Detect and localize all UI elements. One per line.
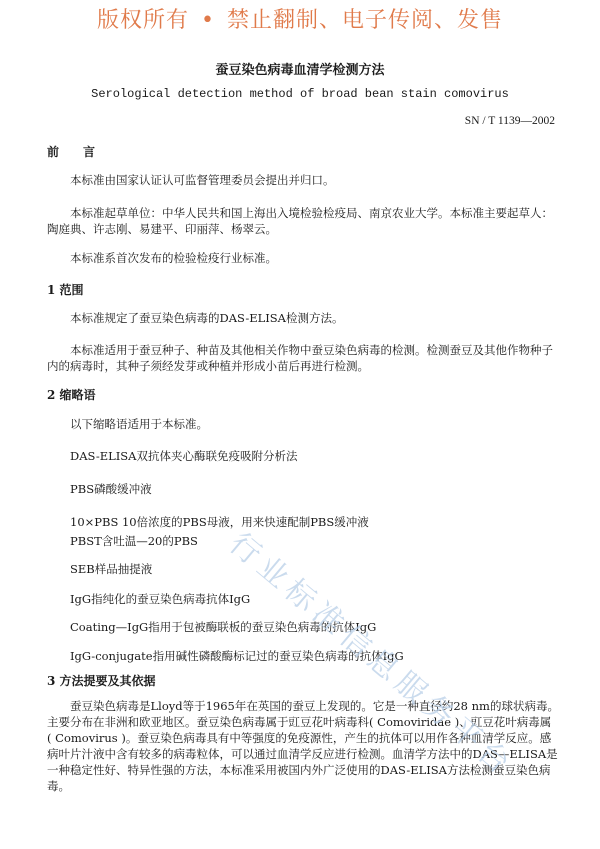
abbreviations-intro: 以下缩略语适用于本标准。 [70, 416, 208, 432]
abbreviation-item: SEB样品抽提液 [70, 561, 152, 577]
foreword-paragraph-2: 本标准起草单位：中华人民共和国上海出入境检验检疫局、南京农业大学。本标准主要起草… [47, 206, 559, 237]
foreword-heading: 前 言 [47, 143, 95, 160]
section-1-paragraph-2: 本标准适用于蚕豆种子、种苗及其他相关作物中蚕豆染色病毒的检测。检测蚕豆及其他作物… [47, 343, 559, 374]
foreword-paragraph-3: 本标准系首次发布的检验检疫行业标准。 [47, 251, 559, 267]
abbreviation-item: 10×PBS 10倍浓度的PBS母液，用来快速配制PBS缓冲液 [70, 514, 369, 530]
section-3-heading: 3 方法提要及其依据 [47, 672, 156, 689]
abbreviation-item: PBS磷酸缓冲液 [70, 481, 152, 497]
section-2-heading: 2 缩略语 [47, 386, 96, 403]
abbreviation-item: IgG-conjugate指用碱性磷酸酶标记过的蚕豆染色病毒的抗体IgG [70, 648, 404, 664]
abbreviation-item: IgG指纯化的蚕豆染色病毒抗体IgG [70, 591, 250, 607]
abbreviation-item: PBST含吐温—20的PBS [70, 533, 198, 549]
banner-separator: • [201, 8, 215, 33]
abbreviation-item: DAS-ELISA双抗体夹心酶联免疫吸附分析法 [70, 448, 297, 464]
section-3-paragraph: 蚕豆染色病毒是Lloyd等于1965年在英国的蚕豆上发现的。它是一种直径约28 … [47, 698, 559, 794]
section-1-heading: 1 范围 [47, 281, 84, 298]
abbreviation-item: Coating—IgG指用于包被酶联板的蚕豆染色病毒的抗体IgG [70, 619, 376, 635]
foreword-paragraph-1: 本标准由国家认证认可监督管理委员会提出并归口。 [47, 173, 559, 189]
document-title-cn: 蚕豆染色病毒血清学检测方法 [0, 59, 600, 78]
document-title-en: Serological detection method of broad be… [0, 87, 600, 101]
banner-left-text: 版权所有 [97, 8, 189, 33]
copyright-banner: 版权所有•禁止翻制、电子传阅、发售 [0, 3, 600, 34]
banner-right-text: 禁止翻制、电子传阅、发售 [227, 8, 503, 33]
section-1-paragraph-1: 本标准规定了蚕豆染色病毒的DAS-ELISA检测方法。 [47, 311, 559, 327]
standard-number: SN / T 1139—2002 [465, 115, 555, 127]
